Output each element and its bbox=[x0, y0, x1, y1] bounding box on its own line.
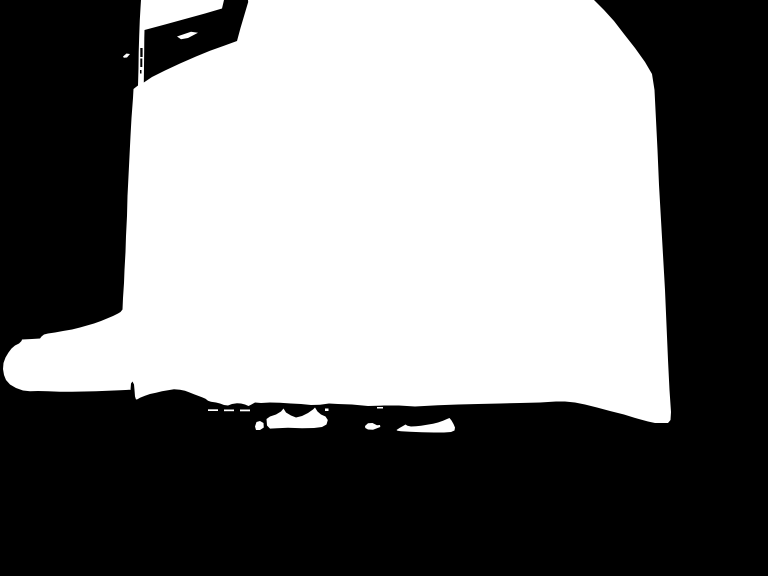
boundary-dash-3 bbox=[240, 410, 250, 412]
sliver-notch-1 bbox=[140, 48, 142, 57]
island-b bbox=[267, 408, 328, 429]
binary-segmentation-mask-image bbox=[0, 0, 768, 576]
island-d bbox=[397, 418, 456, 433]
segmentation-mask-canvas bbox=[0, 0, 768, 576]
boundary-dash-4 bbox=[377, 407, 383, 409]
sliver-notch-3 bbox=[140, 70, 142, 74]
island-b-tail bbox=[325, 409, 329, 412]
boundary-dash-1 bbox=[208, 409, 218, 411]
island-a bbox=[255, 421, 264, 430]
island-c bbox=[365, 423, 380, 430]
boundary-dash-2 bbox=[224, 410, 234, 412]
sliver-notch-2 bbox=[140, 59, 142, 68]
left-field-speck bbox=[123, 54, 130, 58]
main-mask-region bbox=[3, 0, 671, 423]
